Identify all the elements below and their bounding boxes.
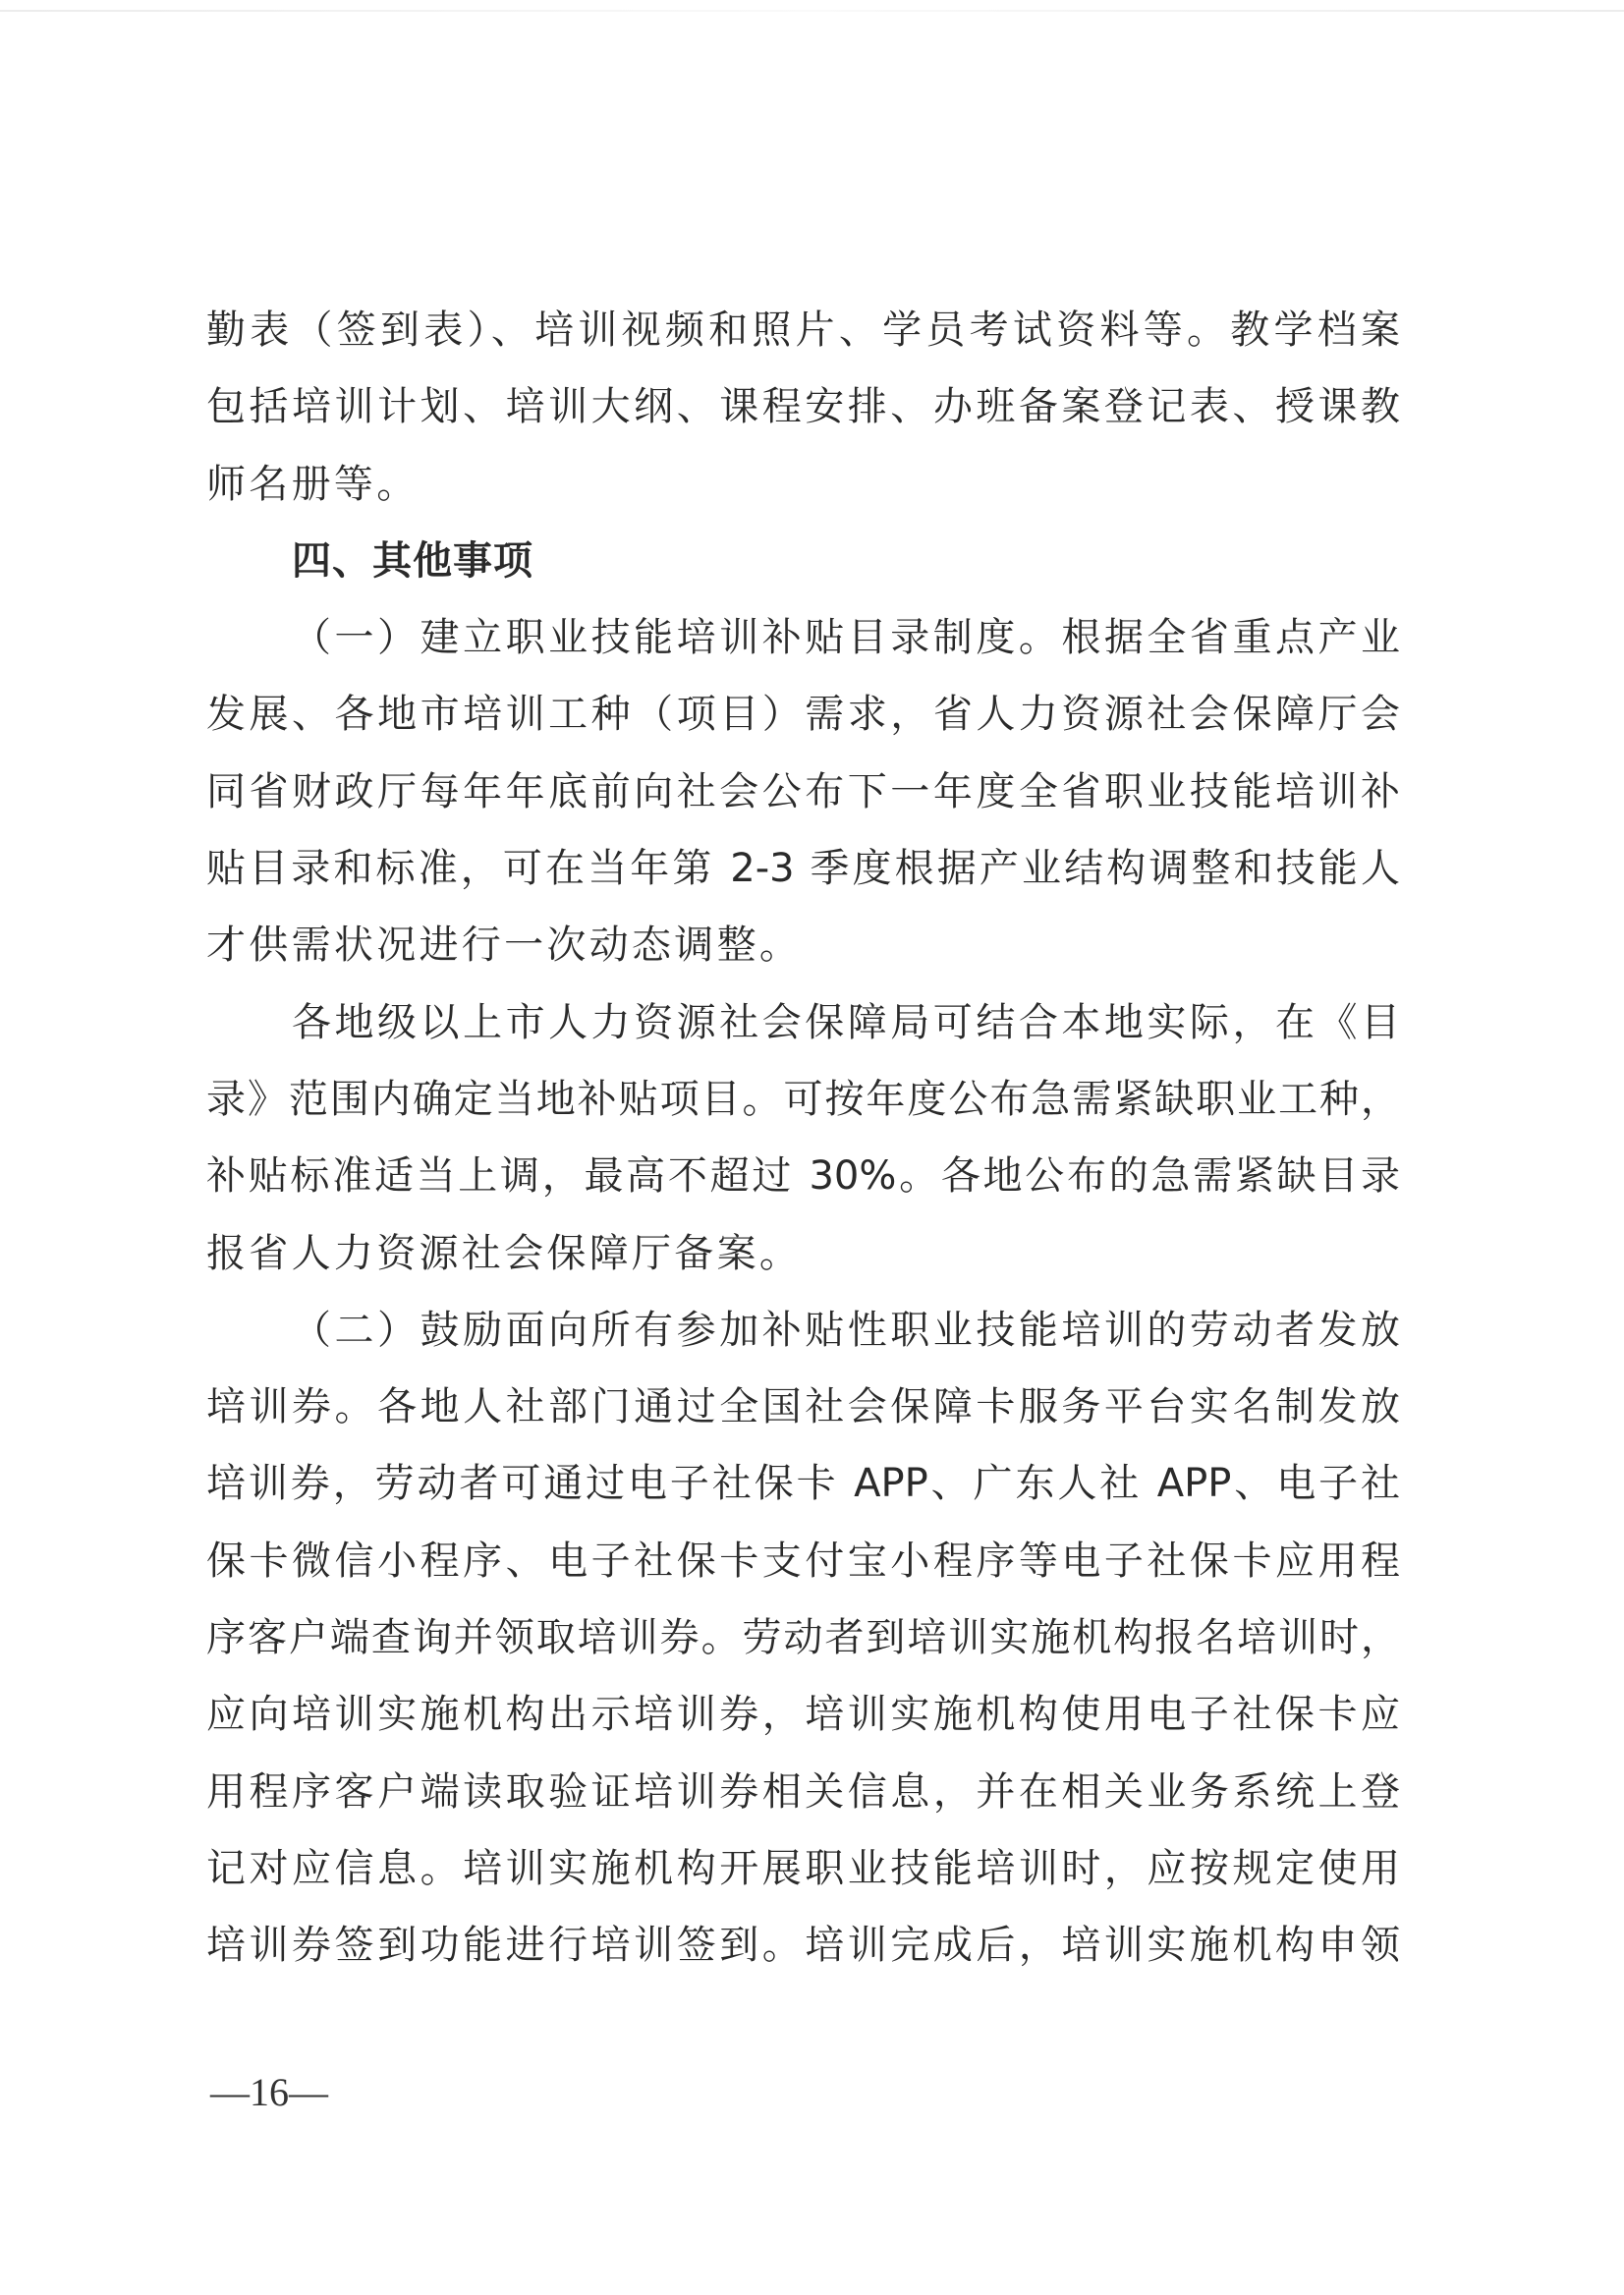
scan-edge xyxy=(0,10,1624,12)
paragraph-line: 记对应信息。培训实施机构开展职业技能培训时，应按规定使用 xyxy=(206,1839,1400,1916)
paragraph-line: 序客户端查询并领取培训券。劳动者到培训实施机构报名培训时， xyxy=(206,1608,1400,1685)
paragraph-line: 用程序客户端读取验证培训券相关信息，并在相关业务系统上登 xyxy=(206,1763,1400,1839)
paragraph-line: （二）鼓励面向所有参加补贴性职业技能培训的劳动者发放 xyxy=(206,1301,1400,1377)
paragraph-line: 补贴标准适当上调，最高不超过 30%。各地公布的急需紧缺目录 xyxy=(206,1147,1400,1223)
section-heading: 四、其他事项 xyxy=(206,532,1400,608)
paragraph-line: 培训券签到功能进行培训签到。培训完成后，培训实施机构申领 xyxy=(206,1916,1400,1992)
paragraph-line: 报省人力资源社会保障厅备案。 xyxy=(206,1224,1400,1301)
paragraph-line: 同省财政厅每年年底前向社会公布下一年度全省职业技能培训补 xyxy=(206,762,1400,839)
paragraph-line: 才供需状况进行一次动态调整。 xyxy=(206,916,1400,992)
page-number: —16— xyxy=(210,2069,328,2115)
paragraph-line: 发展、各地市培训工种（项目）需求，省人力资源社会保障厅会 xyxy=(206,685,1400,761)
paragraph-line: 录》范围内确定当地补贴项目。可按年度公布急需紧缺职业工种， xyxy=(206,1070,1400,1147)
paragraph-line: 师名册等。 xyxy=(206,455,1400,532)
document-body: 勤表（签到表）、培训视频和照片、学员考试资料等。教学档案 包括培训计划、培训大纲… xyxy=(206,301,1400,1993)
paragraph-line: 培训券，劳动者可通过电子社保卡 APP、广东人社 APP、电子社 xyxy=(206,1454,1400,1531)
paragraph-line: 保卡微信小程序、电子社保卡支付宝小程序等电子社保卡应用程 xyxy=(206,1532,1400,1608)
paragraph-line: 勤表（签到表）、培训视频和照片、学员考试资料等。教学档案 xyxy=(206,301,1400,377)
paragraph-line: 应向培训实施机构出示培训券，培训实施机构使用电子社保卡应 xyxy=(206,1685,1400,1762)
paragraph-line: （一）建立职业技能培训补贴目录制度。根据全省重点产业 xyxy=(206,608,1400,685)
paragraph-line: 贴目录和标准，可在当年第 2-3 季度根据产业结构调整和技能人 xyxy=(206,839,1400,916)
paragraph-line: 各地级以上市人力资源社会保障局可结合本地实际，在《目 xyxy=(206,993,1400,1070)
paragraph-line: 培训券。各地人社部门通过全国社会保障卡服务平台实名制发放 xyxy=(206,1377,1400,1454)
paragraph-line: 包括培训计划、培训大纲、课程安排、办班备案登记表、授课教 xyxy=(206,377,1400,454)
